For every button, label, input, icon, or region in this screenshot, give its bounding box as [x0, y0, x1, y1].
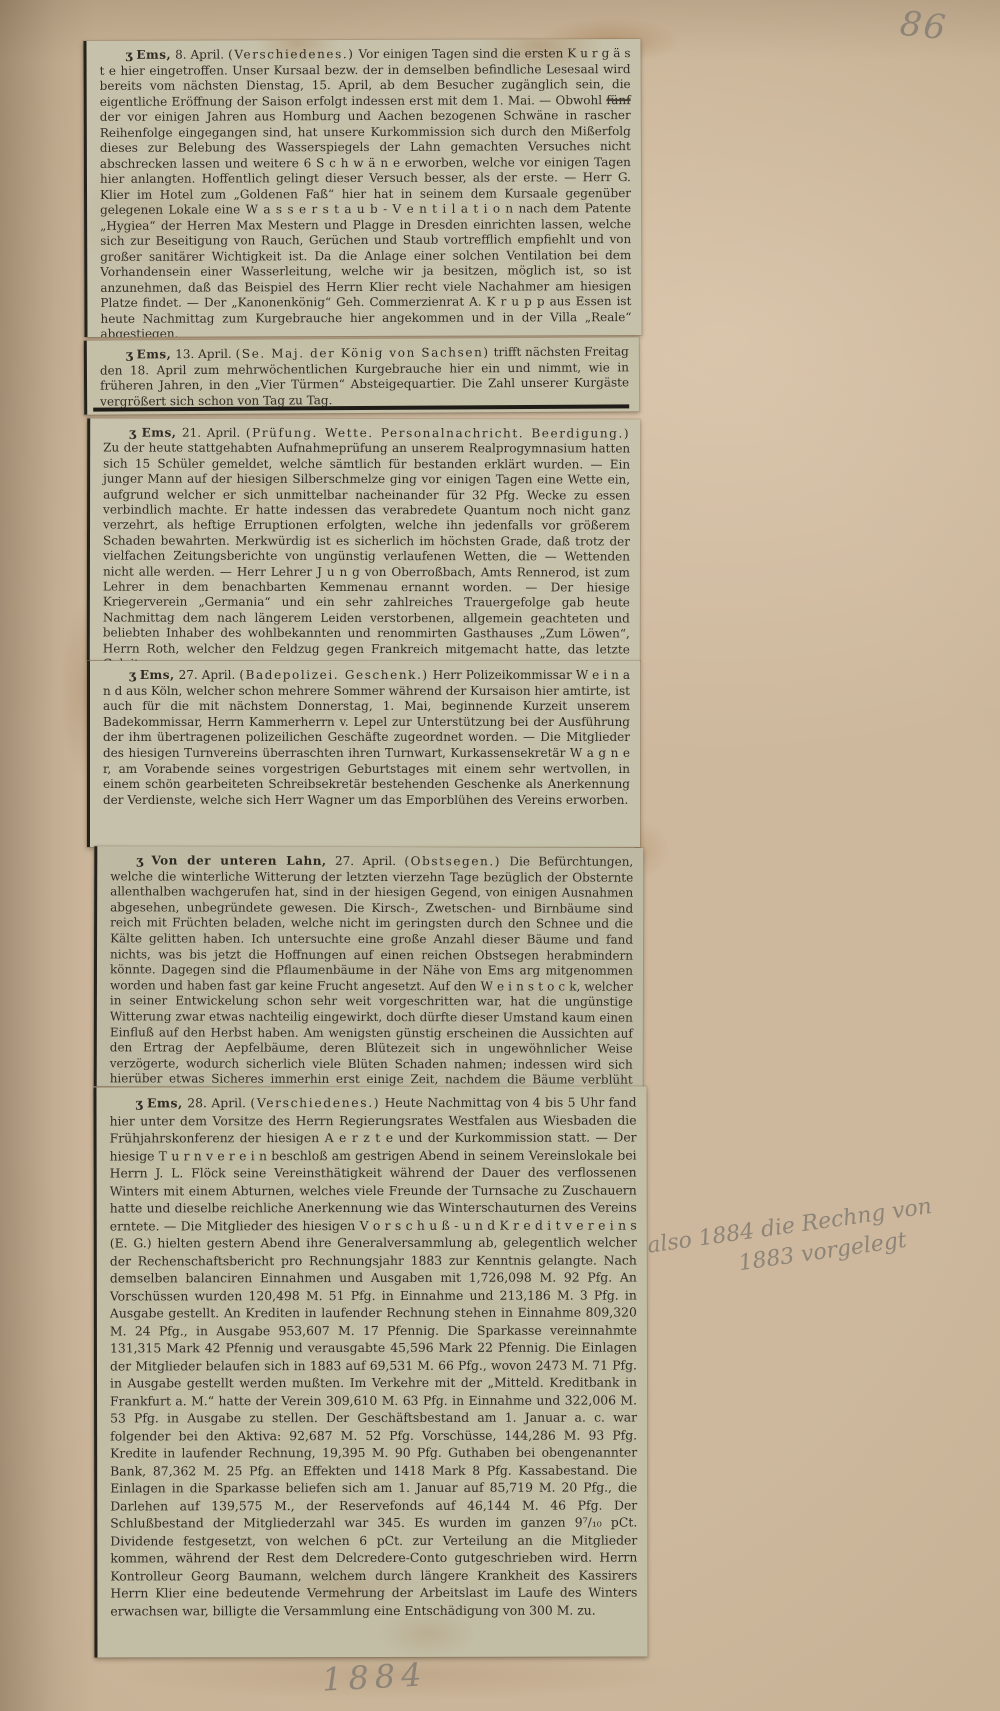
body-text: Heute Nachmittag von 4 bis 5 Uhr fand hi…: [110, 1095, 638, 1618]
dateline: Von der unteren Lahn,: [151, 853, 326, 867]
headline: (Verschiedenes.): [250, 1095, 380, 1110]
clipping-ems-8-april: ʒ Ems, 8. April. (Verschiedenes.) Vor ei…: [83, 39, 641, 337]
correspondence-mark-icon: ʒ: [129, 668, 136, 682]
correspondence-mark-icon: ʒ: [126, 48, 133, 62]
body-text: Herr Polizeikommissar W e i n a n d aus …: [103, 668, 630, 807]
correspondence-mark-icon: ʒ: [129, 426, 136, 440]
clipping-paragraph: ʒ Ems, 28. April. (Verschiedenes.) Heute…: [110, 1094, 638, 1620]
headline: (Se. Maj. der König von Sachsen): [236, 345, 490, 361]
body-text: der vor einigen Jahren aus Homburg und A…: [100, 108, 632, 337]
dateline: Ems,: [147, 1095, 183, 1110]
dateline: Ems,: [137, 347, 172, 361]
headline: (Obstsegen.): [404, 854, 501, 868]
scrapbook-page: { "annotations": { "page_number": "86", …: [0, 0, 1000, 1711]
clipping-paragraph: ʒ Ems, 27. April. (Badepolizei. Geschenk…: [103, 668, 630, 808]
year-annotation: 1884: [321, 1655, 428, 1698]
correspondence-mark-icon: ʒ: [136, 853, 143, 867]
dateline: Ems,: [142, 426, 177, 440]
clipping-untere-lahn-27-april: ʒ Von der unteren Lahn, 27. April. (Obst…: [94, 846, 644, 1087]
date: 27. April.: [179, 668, 236, 682]
correspondence-mark-icon: ʒ: [136, 1095, 143, 1110]
date: 8. April.: [175, 47, 224, 61]
dateline: Ems,: [136, 48, 171, 62]
headline: (Badepolizei. Geschenk.): [239, 668, 428, 682]
body-text: Zu der heute stattgehabten Aufnahmeprüfu…: [103, 441, 630, 662]
headline: (Prüfung. Wette. Personalnachricht. Beer…: [246, 426, 630, 441]
body-text: Die Befürchtungen, welche die winterlich…: [110, 854, 634, 1087]
clipping-paragraph: ʒ Ems, 8. April. (Verschiedenes.) Vor ei…: [100, 46, 632, 337]
clipping-paragraph: ʒ Ems, 21. April. (Prüfung. Wette. Perso…: [103, 426, 630, 662]
clipping-paragraph: ʒ Von der unteren Lahn, 27. April. (Obst…: [110, 853, 634, 1087]
clipping-ems-21-april: ʒ Ems, 21. April. (Prüfung. Wette. Perso…: [87, 419, 640, 662]
page-number-annotation: 86: [898, 4, 949, 49]
clipping-ems-13-april: ʒ Ems, 13. April. (Se. Maj. der König vo…: [84, 337, 639, 414]
date: 21. April.: [182, 426, 240, 440]
clipping-ems-28-april: ʒ Ems, 28. April. (Verschiedenes.) Heute…: [94, 1087, 648, 1658]
clipping-ems-27-april: ʒ Ems, 27. April. (Badepolizei. Geschenk…: [87, 661, 640, 847]
clipping-paragraph: ʒ Ems, 13. April. (Se. Maj. der König vo…: [100, 344, 629, 409]
dateline: Ems,: [140, 668, 175, 682]
margin-note-annotation: also 1884 die Rechng von 1883 vorgelegt: [645, 1185, 990, 1292]
date: 28. April.: [187, 1095, 246, 1110]
correspondence-mark-icon: ʒ: [126, 347, 133, 361]
date: 27. April.: [335, 854, 396, 868]
headline: (Verschiedenes.): [228, 47, 355, 61]
struck-word: fünf: [606, 93, 630, 107]
date: 13. April.: [175, 347, 232, 361]
